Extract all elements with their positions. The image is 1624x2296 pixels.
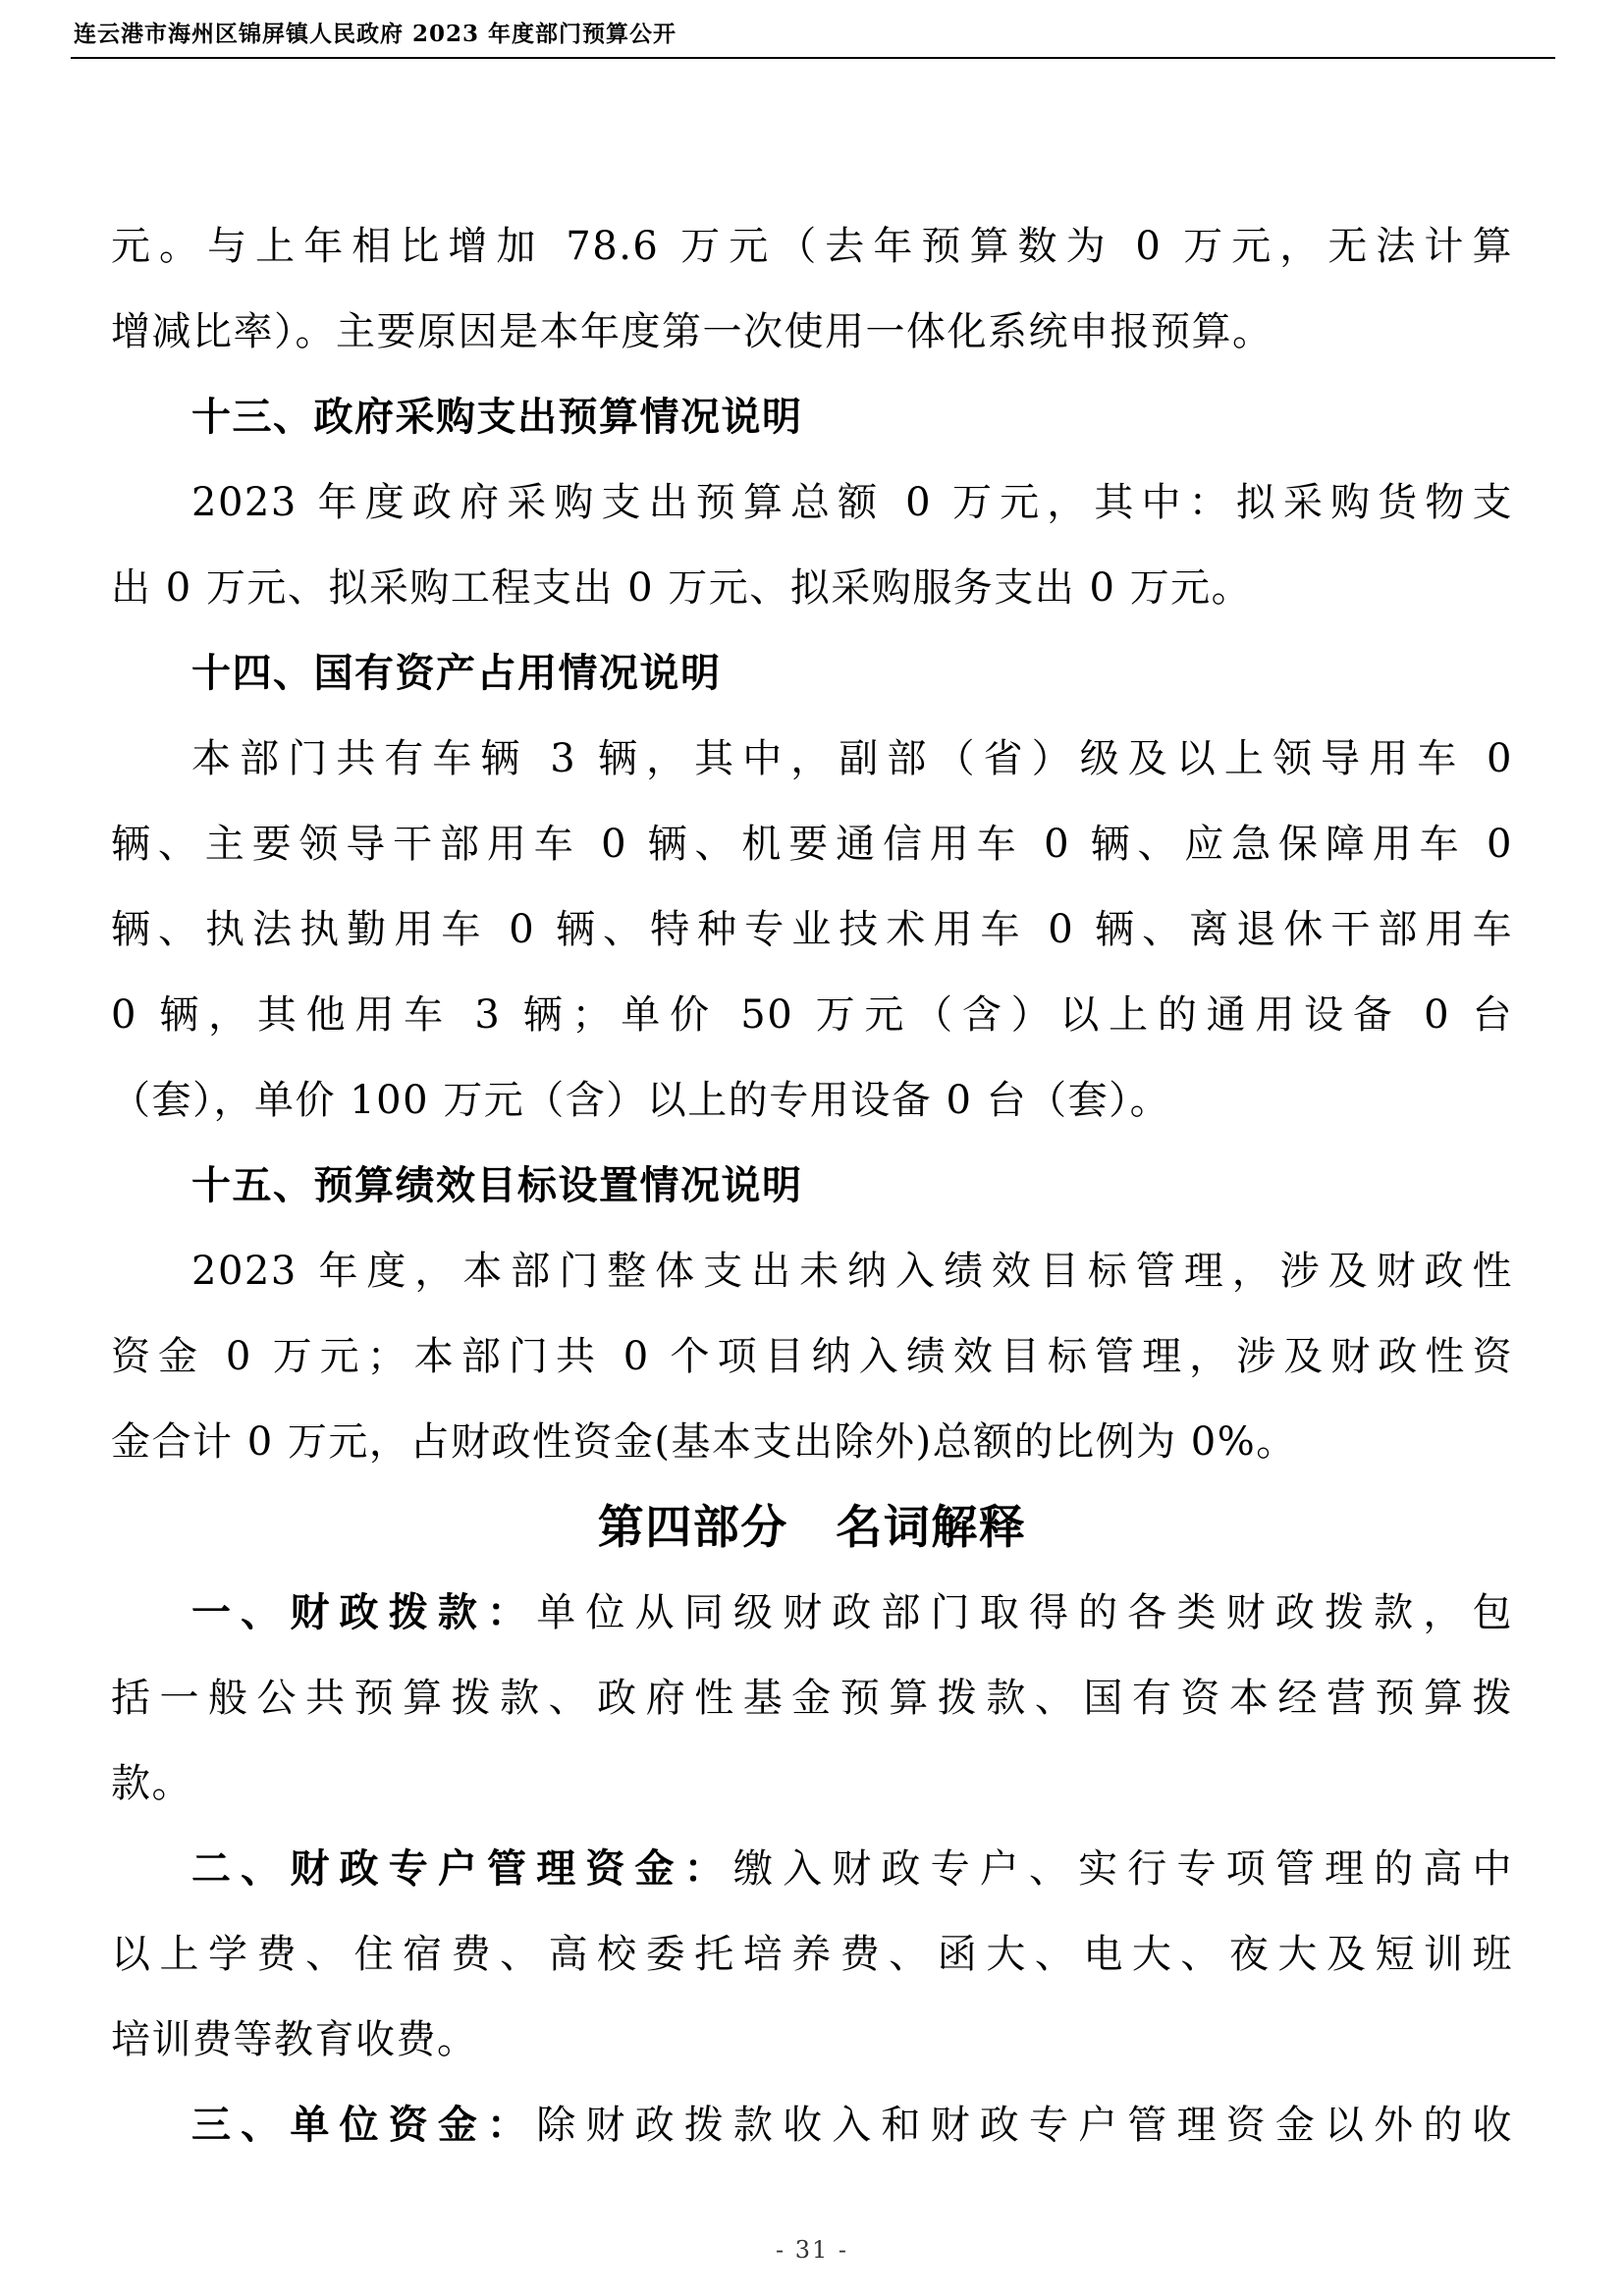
- heading-section-14: 十四、国有资产占用情况说明: [111, 631, 1513, 717]
- text-line: 一、财政拨款：单位从同级财政部门取得的各类财政拨款，包: [111, 1571, 1513, 1656]
- heading-section-15: 十五、预算绩效目标设置情况说明: [111, 1144, 1513, 1229]
- text-line: 资金 0 万元；本部门共 0 个项目纳入绩效目标管理，涉及财政性资: [111, 1314, 1513, 1400]
- term-text: 除财政拨款收入和财政专户管理资金以外的收: [536, 2103, 1513, 2148]
- text-line: 0 辆，其他用车 3 辆；单价 50 万元（含）以上的通用设备 0 台: [111, 973, 1513, 1058]
- heading-section-13: 十三、政府采购支出预算情况说明: [111, 375, 1513, 460]
- text-line: 2023 年度，本部门整体支出未纳入绩效目标管理，涉及财政性: [111, 1229, 1513, 1314]
- text-line: 三、单位资金：除财政拨款收入和财政专户管理资金以外的收: [111, 2083, 1513, 2168]
- text-line: 培训费等教育收费。: [111, 1998, 1513, 2083]
- page-number: - 31 -: [0, 2236, 1624, 2264]
- text-line: 金合计 0 万元，占财政性资金(基本支出除外)总额的比例为 0%。: [111, 1400, 1513, 1485]
- text-line: 增减比率）。主要原因是本年度第一次使用一体化系统申报预算。: [111, 290, 1513, 375]
- document-page: { "header": { "title": "连云港市海州区锦屏镇人民政府 2…: [0, 0, 1624, 2296]
- term-label: 三、单位资金：: [191, 2103, 536, 2148]
- text-line: 括一般公共预算拨款、政府性基金预算拨款、国有资本经营预算拨: [111, 1656, 1513, 1741]
- text-line: 款。: [111, 1741, 1513, 1827]
- header-title: 连云港市海州区锦屏镇人民政府 2023 年度部门预算公开: [71, 16, 1555, 48]
- text-line: 本部门共有车辆 3 辆，其中，副部（省）级及以上领导用车 0: [111, 717, 1513, 802]
- page-header: 连云港市海州区锦屏镇人民政府 2023 年度部门预算公开: [71, 16, 1555, 59]
- text-line: 辆、执法执勤用车 0 辆、特种专业技术用车 0 辆、离退休干部用车: [111, 887, 1513, 973]
- text-line: 元。与上年相比增加 78.6 万元（去年预算数为 0 万元，无法计算: [111, 204, 1513, 290]
- text-line: 辆、主要领导干部用车 0 辆、机要通信用车 0 辆、应急保障用车 0: [111, 802, 1513, 887]
- text-line: 出 0 万元、拟采购工程支出 0 万元、拟采购服务支出 0 万元。: [111, 546, 1513, 631]
- term-text: 缴入财政专户、实行专项管理的高中: [733, 1846, 1513, 1892]
- term-label: 二、财政专户管理资金：: [191, 1846, 733, 1892]
- text-line: （套），单价 100 万元（含）以上的专用设备 0 台（套）。: [111, 1058, 1513, 1144]
- part-four-heading: 第四部分 名词解释: [111, 1485, 1513, 1571]
- document-body: 元。与上年相比增加 78.6 万元（去年预算数为 0 万元，无法计算 增减比率）…: [111, 204, 1513, 2168]
- text-line: 以上学费、住宿费、高校委托培养费、函大、电大、夜大及短训班: [111, 1912, 1513, 1998]
- term-text: 单位从同级财政部门取得的各类财政拨款，包: [536, 1590, 1513, 1635]
- term-label: 一、财政拨款：: [191, 1590, 536, 1635]
- text-line: 2023 年度政府采购支出预算总额 0 万元，其中：拟采购货物支: [111, 460, 1513, 546]
- text-line: 二、财政专户管理资金：缴入财政专户、实行专项管理的高中: [111, 1827, 1513, 1912]
